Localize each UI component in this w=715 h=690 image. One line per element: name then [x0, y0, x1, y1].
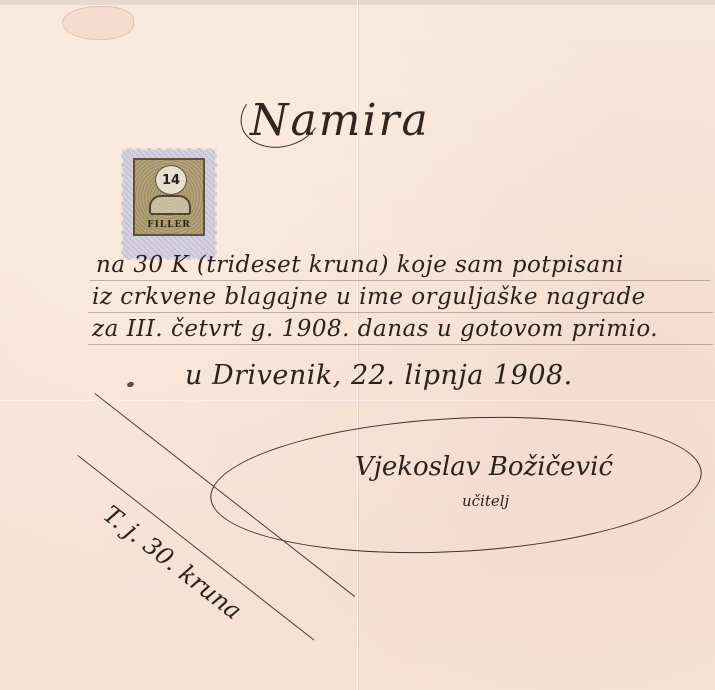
place-and-date: u Drivenik, 22. lipnja 1908. — [185, 360, 573, 391]
body-line-3: za III. četvrt g. 1908. danas u gotovom … — [92, 316, 658, 342]
guide-line — [88, 344, 713, 345]
stamp-center: 14 FILLER — [133, 158, 205, 236]
signature-name: Vjekoslav Božičević — [355, 452, 613, 482]
crown-icon — [149, 195, 191, 215]
guide-line — [90, 280, 710, 281]
horizontal-fold-line — [0, 400, 715, 401]
body-line-2: iz crkvene blagajne u ime orguljaške nag… — [92, 284, 646, 310]
document-page: Namira 14 FILLER na 30 K (trideset kruna… — [0, 0, 715, 690]
signature-title: učitelj — [462, 492, 509, 510]
document-title: Namira — [250, 95, 430, 146]
stamp-value: 14 — [155, 165, 187, 195]
revenue-stamp: 14 FILLER — [121, 148, 217, 260]
stamp-unit: FILLER — [135, 220, 203, 230]
ink-spot — [126, 381, 134, 388]
paper-stain — [62, 6, 134, 40]
body-line-1: na 30 K (trideset kruna) koje sam potpis… — [96, 252, 624, 278]
guide-line — [88, 312, 713, 313]
